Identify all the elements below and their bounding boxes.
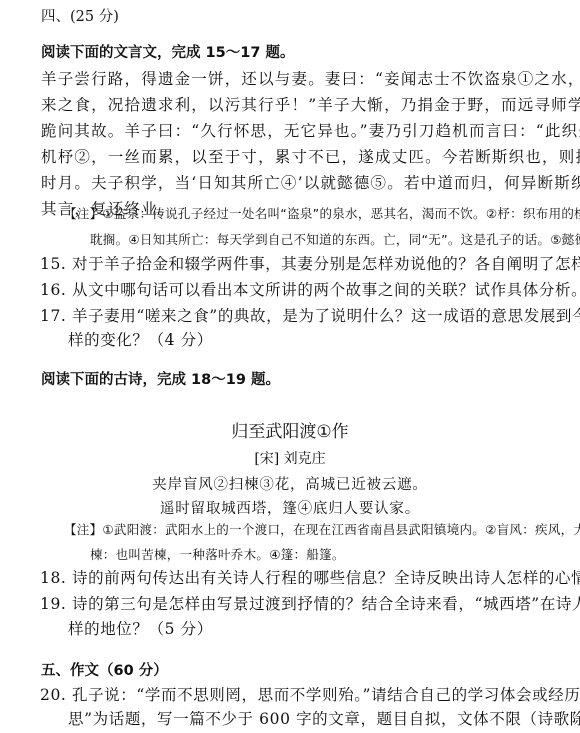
poem-title: 归至武阳渡①作 (0, 424, 580, 441)
poem-line-1: 夹岸盲风②扫楝③花，高城已近被云遮。 (0, 478, 580, 493)
question-19-text: 诗的第三句是怎样由写景过渡到抒情的？结合全诗来看，“城西塔”在诗人心目中有怎 (72, 595, 580, 613)
question-19-continuation: 样的地位？（5 分） (68, 622, 213, 638)
question-19-number: 19. (40, 595, 66, 613)
question-15-text: 对于羊子拾金和辍学两件事，其妻分别是怎样劝说他的？各自阐明了怎样的道理？（8 分… (72, 255, 580, 273)
question-16: 16. 从文中哪句话可以看出本文所讲的两个故事之间的关联？试作具体分析。（4 分… (40, 283, 580, 299)
question-19: 19. 诗的第三句是怎样由写景过渡到抒情的？结合全诗来看，“城西塔”在诗人心目中… (40, 597, 580, 613)
question-18-text: 诗的前两句传达出有关诗人行程的哪些信息？全诗反映出诗人怎样的心情？（4 分） (72, 569, 580, 587)
passage-line-4: 机杼②，一丝而累，以至于寸，累寸不已，遂成丈匹。今若断斯织也，则捐失成功，稽③废 (41, 150, 580, 166)
question-17-number: 17. (40, 307, 66, 325)
passage-line-2: 来之食，况拾遗求利，以污其行乎！”羊子大惭，乃捐金于野，而远寻师学。一年来归，妻 (41, 98, 580, 114)
question-18-number: 18. (40, 569, 66, 587)
question-20-text: 孔子说：“学而不思则罔，思而不学则殆。”请结合自己的学习体会或经历，以“学与 (72, 686, 580, 704)
question-17-continuation: 样的变化？（4 分） (68, 333, 213, 349)
question-20-continuation: 思”为话题，写一篇不少于 600 字的文章，题目自拟，文体不限（诗歌除外）。(6… (68, 712, 580, 728)
poem-notes-line-1: 【注】①武阳渡：武阳水上的一个渡口，在现在江西省南昌县武阳镇境内。②盲风：疾风，… (64, 524, 580, 537)
passage-line-1: 羊子尝行路，得遗金一饼，还以与妻。妻曰：“妾闻志士不饮盗泉①之水，廉者不受嗟 (41, 72, 580, 88)
poem-author: [宋] 刘克庄 (0, 452, 580, 466)
section-4-instruction: 阅读下面的文言文，完成 15～17 题。 (41, 46, 294, 61)
question-17-text: 羊子妻用“嗟来之食”的典故，是为了说明什么？这一成语的意思发展到今天有了怎 (72, 307, 580, 325)
question-16-number: 16. (40, 281, 66, 299)
question-17: 17. 羊子妻用“嗟来之食”的典故，是为了说明什么？这一成语的意思发展到今天有了… (40, 309, 580, 325)
question-15: 15. 对于羊子拾金和辍学两件事，其妻分别是怎样劝说他的？各自阐明了怎样的道理？… (40, 257, 580, 273)
question-16-text: 从文中哪句话可以看出本文所讲的两个故事之间的关联？试作具体分析。（4 分） (72, 281, 580, 299)
passage-notes-line-2: 耽搁。④日知其所亡：每天学到自己不知道的东西。亡，同“无”。这是孔子的话。⑤懿德… (90, 234, 580, 247)
poem-line-2: 遥时留取城西塔，篷④底归人要认家。 (0, 502, 580, 517)
poem-instruction: 阅读下面的古诗，完成 18～19 题。 (41, 373, 280, 388)
passage-line-5: 时月。夫子积学，当‘日知其所亡④’以就懿德⑤。若中道而归，何异断斯织乎？”羊子感 (41, 176, 580, 192)
passage-notes-line-1: 【注】①盗泉：传说孔子经过一处名叫“盗泉”的泉水，恶其名，渴而不饮。②杼：织布用… (64, 208, 580, 221)
question-20: 20. 孔子说：“学而不思则罔，思而不学则殆。”请结合自己的学习体会或经历，以“… (40, 688, 580, 704)
section-5-heading: 五、作文（60 分） (41, 664, 168, 679)
question-15-number: 15. (40, 255, 66, 273)
section-4-heading: 四、(25 分) (41, 10, 119, 25)
poem-notes-line-2: 楝：也叫苦楝，一种落叶乔木。④篷：船篷。 (90, 549, 345, 562)
exam-page: 四、(25 分) 阅读下面的文言文，完成 15～17 题。 羊子尝行路，得遗金一… (0, 0, 580, 733)
question-18: 18. 诗的前两句传达出有关诗人行程的哪些信息？全诗反映出诗人怎样的心情？（4 … (40, 571, 580, 587)
question-20-number: 20. (40, 686, 66, 704)
passage-line-3: 跪问其故。羊子曰：“久行怀思，无它异也。”妻乃引刀趋机而言曰：“此织生自蚕茧，成… (41, 124, 580, 140)
